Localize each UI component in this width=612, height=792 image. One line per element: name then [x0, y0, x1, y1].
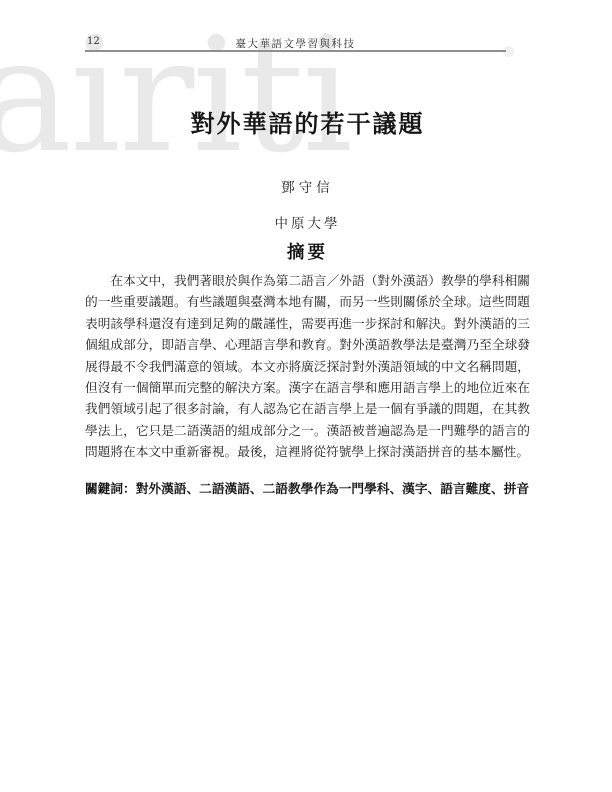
journal-header-title: 臺大華語文學習與科技: [85, 36, 506, 51]
keywords-text: 對外漢語、二語漢語、二語教學作為一門學科、漢字、語言難度、拼音: [136, 481, 529, 496]
keywords-line: 關鍵詞：對外漢語、二語漢語、二語教學作為一門學科、漢字、語言難度、拼音: [85, 478, 530, 499]
abstract-paragraph: 在本文中，我們著眼於與作為第二語言／外語（對外漢語）教學的學科相關的一些重要議題…: [85, 270, 530, 463]
abstract-section: 在本文中，我們著眼於與作為第二語言／外語（對外漢語）教學的學科相關的一些重要議題…: [85, 270, 530, 499]
author-affiliation: 中原大學: [85, 212, 530, 232]
airiti-watermark: airiti: [0, 6, 351, 188]
abstract-heading: 摘要: [85, 239, 530, 264]
page-container: airiti 12 臺大華語文學習與科技 對外華語的若干議題 鄧守信 中原大學 …: [0, 0, 612, 792]
header-rule: [85, 50, 506, 52]
article-title: 對外華語的若干議題: [85, 104, 530, 139]
keywords-label: 關鍵詞：: [85, 481, 136, 496]
author-name: 鄧守信: [85, 176, 530, 196]
